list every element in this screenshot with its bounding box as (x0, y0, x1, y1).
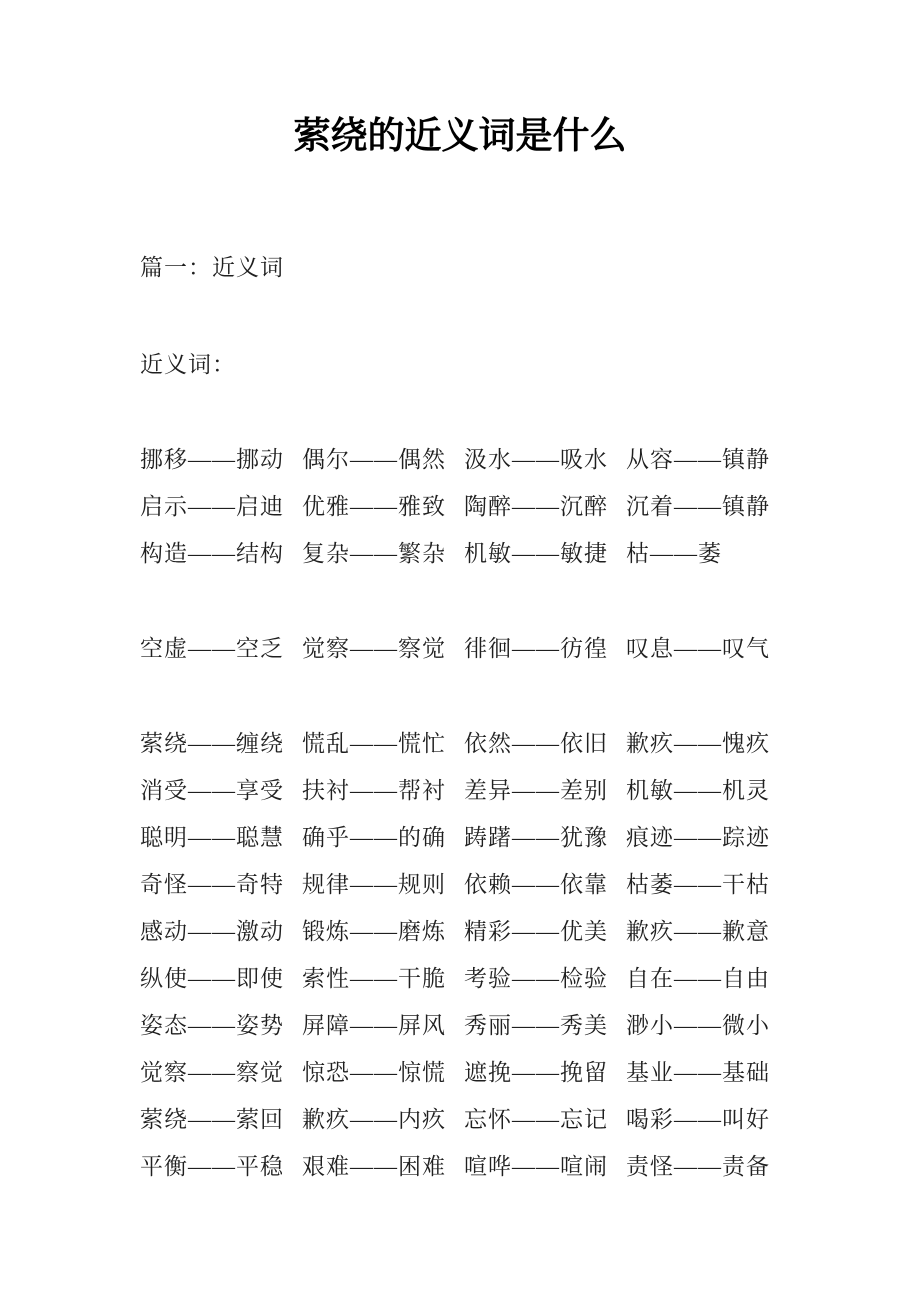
synonym-line: 姿态——姿势屏障——屏风秀丽——秀美渺小——微小 (140, 1002, 920, 1049)
synonym-pair: 枯——萎 (626, 530, 722, 577)
synonym-line: 挪移——挪动偶尔——偶然汲水——吸水从容——镇静 (140, 436, 920, 483)
synonym-pair: 依然——依旧 (464, 720, 608, 767)
synonym-line: 萦绕——萦回歉疚——内疚忘怀——忘记喝彩——叫好 (140, 1096, 920, 1143)
synonym-group: 空虚——空乏觉察——察觉徘徊——彷徨叹息——叹气 (140, 625, 920, 672)
synonym-pair: 歉疚——歉意 (626, 908, 770, 955)
synonym-pair: 枯萎——干枯 (626, 861, 770, 908)
synonym-pair: 艰难——困难 (302, 1143, 446, 1190)
synonym-pair: 叹息——叹气 (626, 625, 770, 672)
synonym-pair: 忘怀——忘记 (464, 1096, 608, 1143)
synonym-pair: 踌躇——犹豫 (464, 814, 608, 861)
synonym-line: 纵使——即使索性——干脆考验——检验自在——自由 (140, 955, 920, 1002)
synonym-pair: 喧哗——喧闹 (464, 1143, 608, 1190)
synonym-pair: 歉疚——内疚 (302, 1096, 446, 1143)
synonym-pair: 徘徊——彷徨 (464, 625, 608, 672)
synonym-pair: 萦绕——缠绕 (140, 720, 284, 767)
document-page: 萦绕的近义词是什么 篇一：近义词 近义词： 挪移——挪动偶尔——偶然汲水——吸水… (0, 0, 920, 1302)
synonym-line: 聪明——聪慧确乎——的确踌躇——犹豫痕迹——踪迹 (140, 814, 920, 861)
synonym-pair: 汲水——吸水 (464, 436, 608, 483)
synonym-line: 构造——结构复杂——繁杂机敏——敏捷枯——萎 (140, 530, 920, 577)
synonym-pair: 感动——激动 (140, 908, 284, 955)
synonym-pair: 索性——干脆 (302, 955, 446, 1002)
synonym-pair: 锻炼——磨炼 (302, 908, 446, 955)
synonym-pair: 构造——结构 (140, 530, 284, 577)
synonym-pair: 机敏——机灵 (626, 767, 770, 814)
synonym-pair: 萦绕——萦回 (140, 1096, 284, 1143)
synonym-pair: 启示——启迪 (140, 483, 284, 530)
synonym-pair: 陶醉——沉醉 (464, 483, 608, 530)
synonym-list-label: 近义词： (140, 341, 920, 388)
section-heading: 篇一：近义词 (140, 244, 920, 291)
synonym-line: 平衡——平稳艰难——困难喧哗——喧闹责怪——责备 (140, 1143, 920, 1190)
synonym-pair: 聪明——聪慧 (140, 814, 284, 861)
synonym-pair: 慌乱——慌忙 (302, 720, 446, 767)
synonym-pair: 姿态——姿势 (140, 1002, 284, 1049)
synonym-pair: 觉察——察觉 (140, 1049, 284, 1096)
synonym-pair: 考验——检验 (464, 955, 608, 1002)
synonym-pair: 精彩——优美 (464, 908, 608, 955)
synonym-pair: 空虚——空乏 (140, 625, 284, 672)
synonym-group: 萦绕——缠绕慌乱——慌忙依然——依旧歉疚——愧疚消受——享受扶衬——帮衬差异——… (140, 720, 920, 1190)
synonym-pair: 喝彩——叫好 (626, 1096, 770, 1143)
document-title: 萦绕的近义词是什么 (0, 110, 920, 162)
synonym-line: 萦绕——缠绕慌乱——慌忙依然——依旧歉疚——愧疚 (140, 720, 920, 767)
synonym-line: 消受——享受扶衬——帮衬差异——差别机敏——机灵 (140, 767, 920, 814)
synonym-pair: 差异——差别 (464, 767, 608, 814)
synonym-group: 挪移——挪动偶尔——偶然汲水——吸水从容——镇静启示——启迪优雅——雅致陶醉——… (140, 436, 920, 577)
synonym-pair: 秀丽——秀美 (464, 1002, 608, 1049)
synonym-line: 感动——激动锻炼——磨炼精彩——优美歉疚——歉意 (140, 908, 920, 955)
synonym-pair: 渺小——微小 (626, 1002, 770, 1049)
synonym-pair: 歉疚——愧疚 (626, 720, 770, 767)
synonym-pair: 沉着——镇静 (626, 483, 770, 530)
synonym-pair: 消受——享受 (140, 767, 284, 814)
synonym-pair: 自在——自由 (626, 955, 770, 1002)
synonym-pair: 复杂——繁杂 (302, 530, 446, 577)
synonym-pair: 痕迹——踪迹 (626, 814, 770, 861)
synonym-pair: 偶尔——偶然 (302, 436, 446, 483)
synonym-pair: 确乎——的确 (302, 814, 446, 861)
synonym-pair: 责怪——责备 (626, 1143, 770, 1190)
synonym-pair: 平衡——平稳 (140, 1143, 284, 1190)
synonym-pair: 惊恐——惊慌 (302, 1049, 446, 1096)
synonym-pair: 从容——镇静 (626, 436, 770, 483)
synonym-pair: 规律——规则 (302, 861, 446, 908)
synonym-groups: 挪移——挪动偶尔——偶然汲水——吸水从容——镇静启示——启迪优雅——雅致陶醉——… (0, 436, 920, 1190)
synonym-line: 启示——启迪优雅——雅致陶醉——沉醉沉着——镇静 (140, 483, 920, 530)
synonym-pair: 觉察——察觉 (302, 625, 446, 672)
synonym-line: 觉察——察觉惊恐——惊慌遮挽——挽留基业——基础 (140, 1049, 920, 1096)
synonym-line: 空虚——空乏觉察——察觉徘徊——彷徨叹息——叹气 (140, 625, 920, 672)
synonym-pair: 挪移——挪动 (140, 436, 284, 483)
synonym-pair: 基业——基础 (626, 1049, 770, 1096)
synonym-pair: 奇怪——奇特 (140, 861, 284, 908)
synonym-pair: 扶衬——帮衬 (302, 767, 446, 814)
synonym-pair: 屏障——屏风 (302, 1002, 446, 1049)
synonym-pair: 机敏——敏捷 (464, 530, 608, 577)
synonym-pair: 优雅——雅致 (302, 483, 446, 530)
synonym-pair: 纵使——即使 (140, 955, 284, 1002)
synonym-line: 奇怪——奇特规律——规则依赖——依靠枯萎——干枯 (140, 861, 920, 908)
synonym-pair: 依赖——依靠 (464, 861, 608, 908)
synonym-pair: 遮挽——挽留 (464, 1049, 608, 1096)
